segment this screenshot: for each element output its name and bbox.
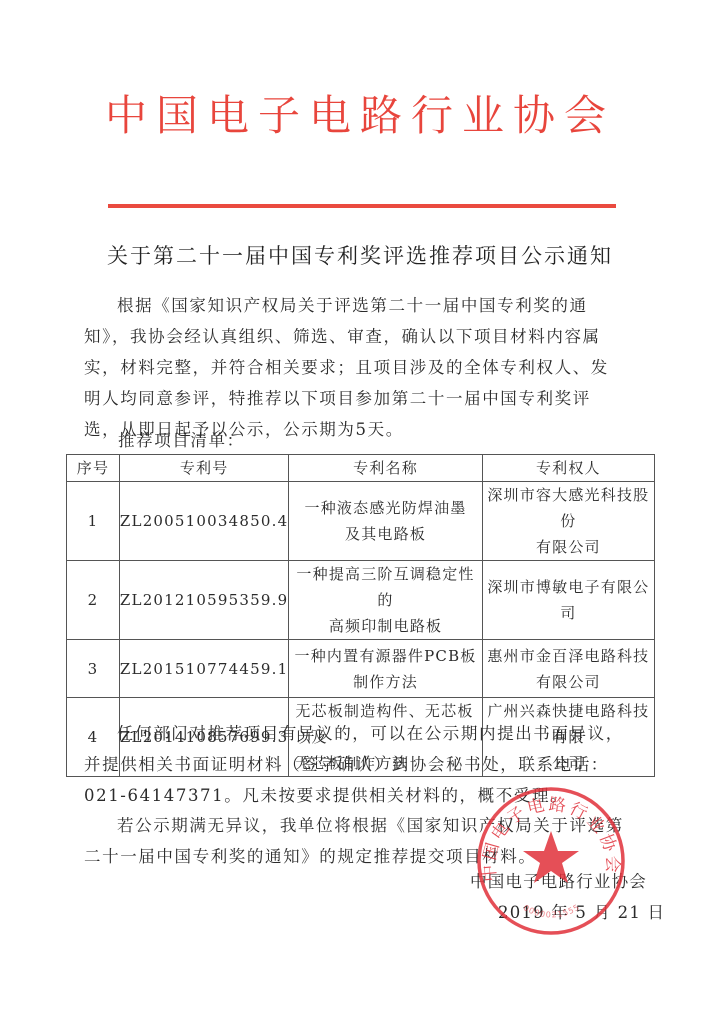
patent-name-line: 一种液态感光防焊油墨 (289, 495, 481, 521)
header-patent-owner: 专利权人 (482, 455, 654, 482)
header-patent-name: 专利名称 (289, 455, 482, 482)
letterhead-divider (108, 204, 616, 208)
seal-serial: 0000021555 (522, 902, 582, 919)
owner-line: 惠州市金百泽电路科技 (483, 643, 654, 669)
cell-patent-no: ZL200510034850.4 (119, 482, 288, 561)
header-index: 序号 (67, 455, 120, 482)
cell-patent-owner: 深圳市容大感光科技股份有限公司 (482, 482, 654, 561)
cell-patent-name: 一种提高三阶互调稳定性的高频印制电路板 (289, 561, 482, 640)
header-patent-no: 专利号 (119, 455, 288, 482)
owner-line: 有限公司 (483, 534, 654, 560)
cell-patent-owner: 深圳市博敏电子有限公司 (482, 561, 654, 640)
cell-patent-no: ZL201210595359.9 (119, 561, 288, 640)
official-seal-icon: 中国电子电路行业协会 0000021555 (475, 785, 627, 937)
patent-name-line: 一种提高三阶互调稳定性的 (289, 561, 481, 613)
intro-paragraph: 根据《国家知识产权局关于评选第二十一届中国专利奖的通知》，我协会经认真组织、筛选… (84, 290, 624, 445)
list-label: 推荐项目清单： (118, 427, 245, 451)
cell-index: 1 (67, 482, 120, 561)
svg-text:0000021555: 0000021555 (522, 902, 582, 919)
cell-patent-owner: 惠州市金百泽电路科技有限公司 (482, 640, 654, 698)
cell-index: 2 (67, 561, 120, 640)
document-title: 关于第二十一届中国专利奖评选推荐项目公示通知 (0, 240, 720, 270)
owner-line: 深圳市博敏电子有限公司 (483, 574, 654, 626)
cell-patent-no: ZL201510774459.1 (119, 640, 288, 698)
patent-name-line: 一种内置有源器件PCB板 (289, 643, 481, 669)
owner-line: 有限公司 (483, 669, 654, 695)
table-row: 1 ZL200510034850.4 一种液态感光防焊油墨及其电路板 深圳市容大… (67, 482, 655, 561)
table-row: 3 ZL201510774459.1 一种内置有源器件PCB板制作方法 惠州市金… (67, 640, 655, 698)
owner-line: 深圳市容大感光科技股份 (483, 482, 654, 534)
cell-patent-name: 一种内置有源器件PCB板制作方法 (289, 640, 482, 698)
patent-name-line: 高频印制电路板 (289, 613, 481, 639)
cell-index: 3 (67, 640, 120, 698)
table-header-row: 序号 专利号 专利名称 专利权人 (67, 455, 655, 482)
patent-name-line: 及其电路板 (289, 521, 481, 547)
patent-name-line: 制作方法 (289, 669, 481, 695)
cell-patent-name: 一种液态感光防焊油墨及其电路板 (289, 482, 482, 561)
organization-letterhead: 中国电子电路行业协会 (0, 90, 720, 142)
table-row: 2 ZL201210595359.9 一种提高三阶互调稳定性的高频印制电路板 深… (67, 561, 655, 640)
